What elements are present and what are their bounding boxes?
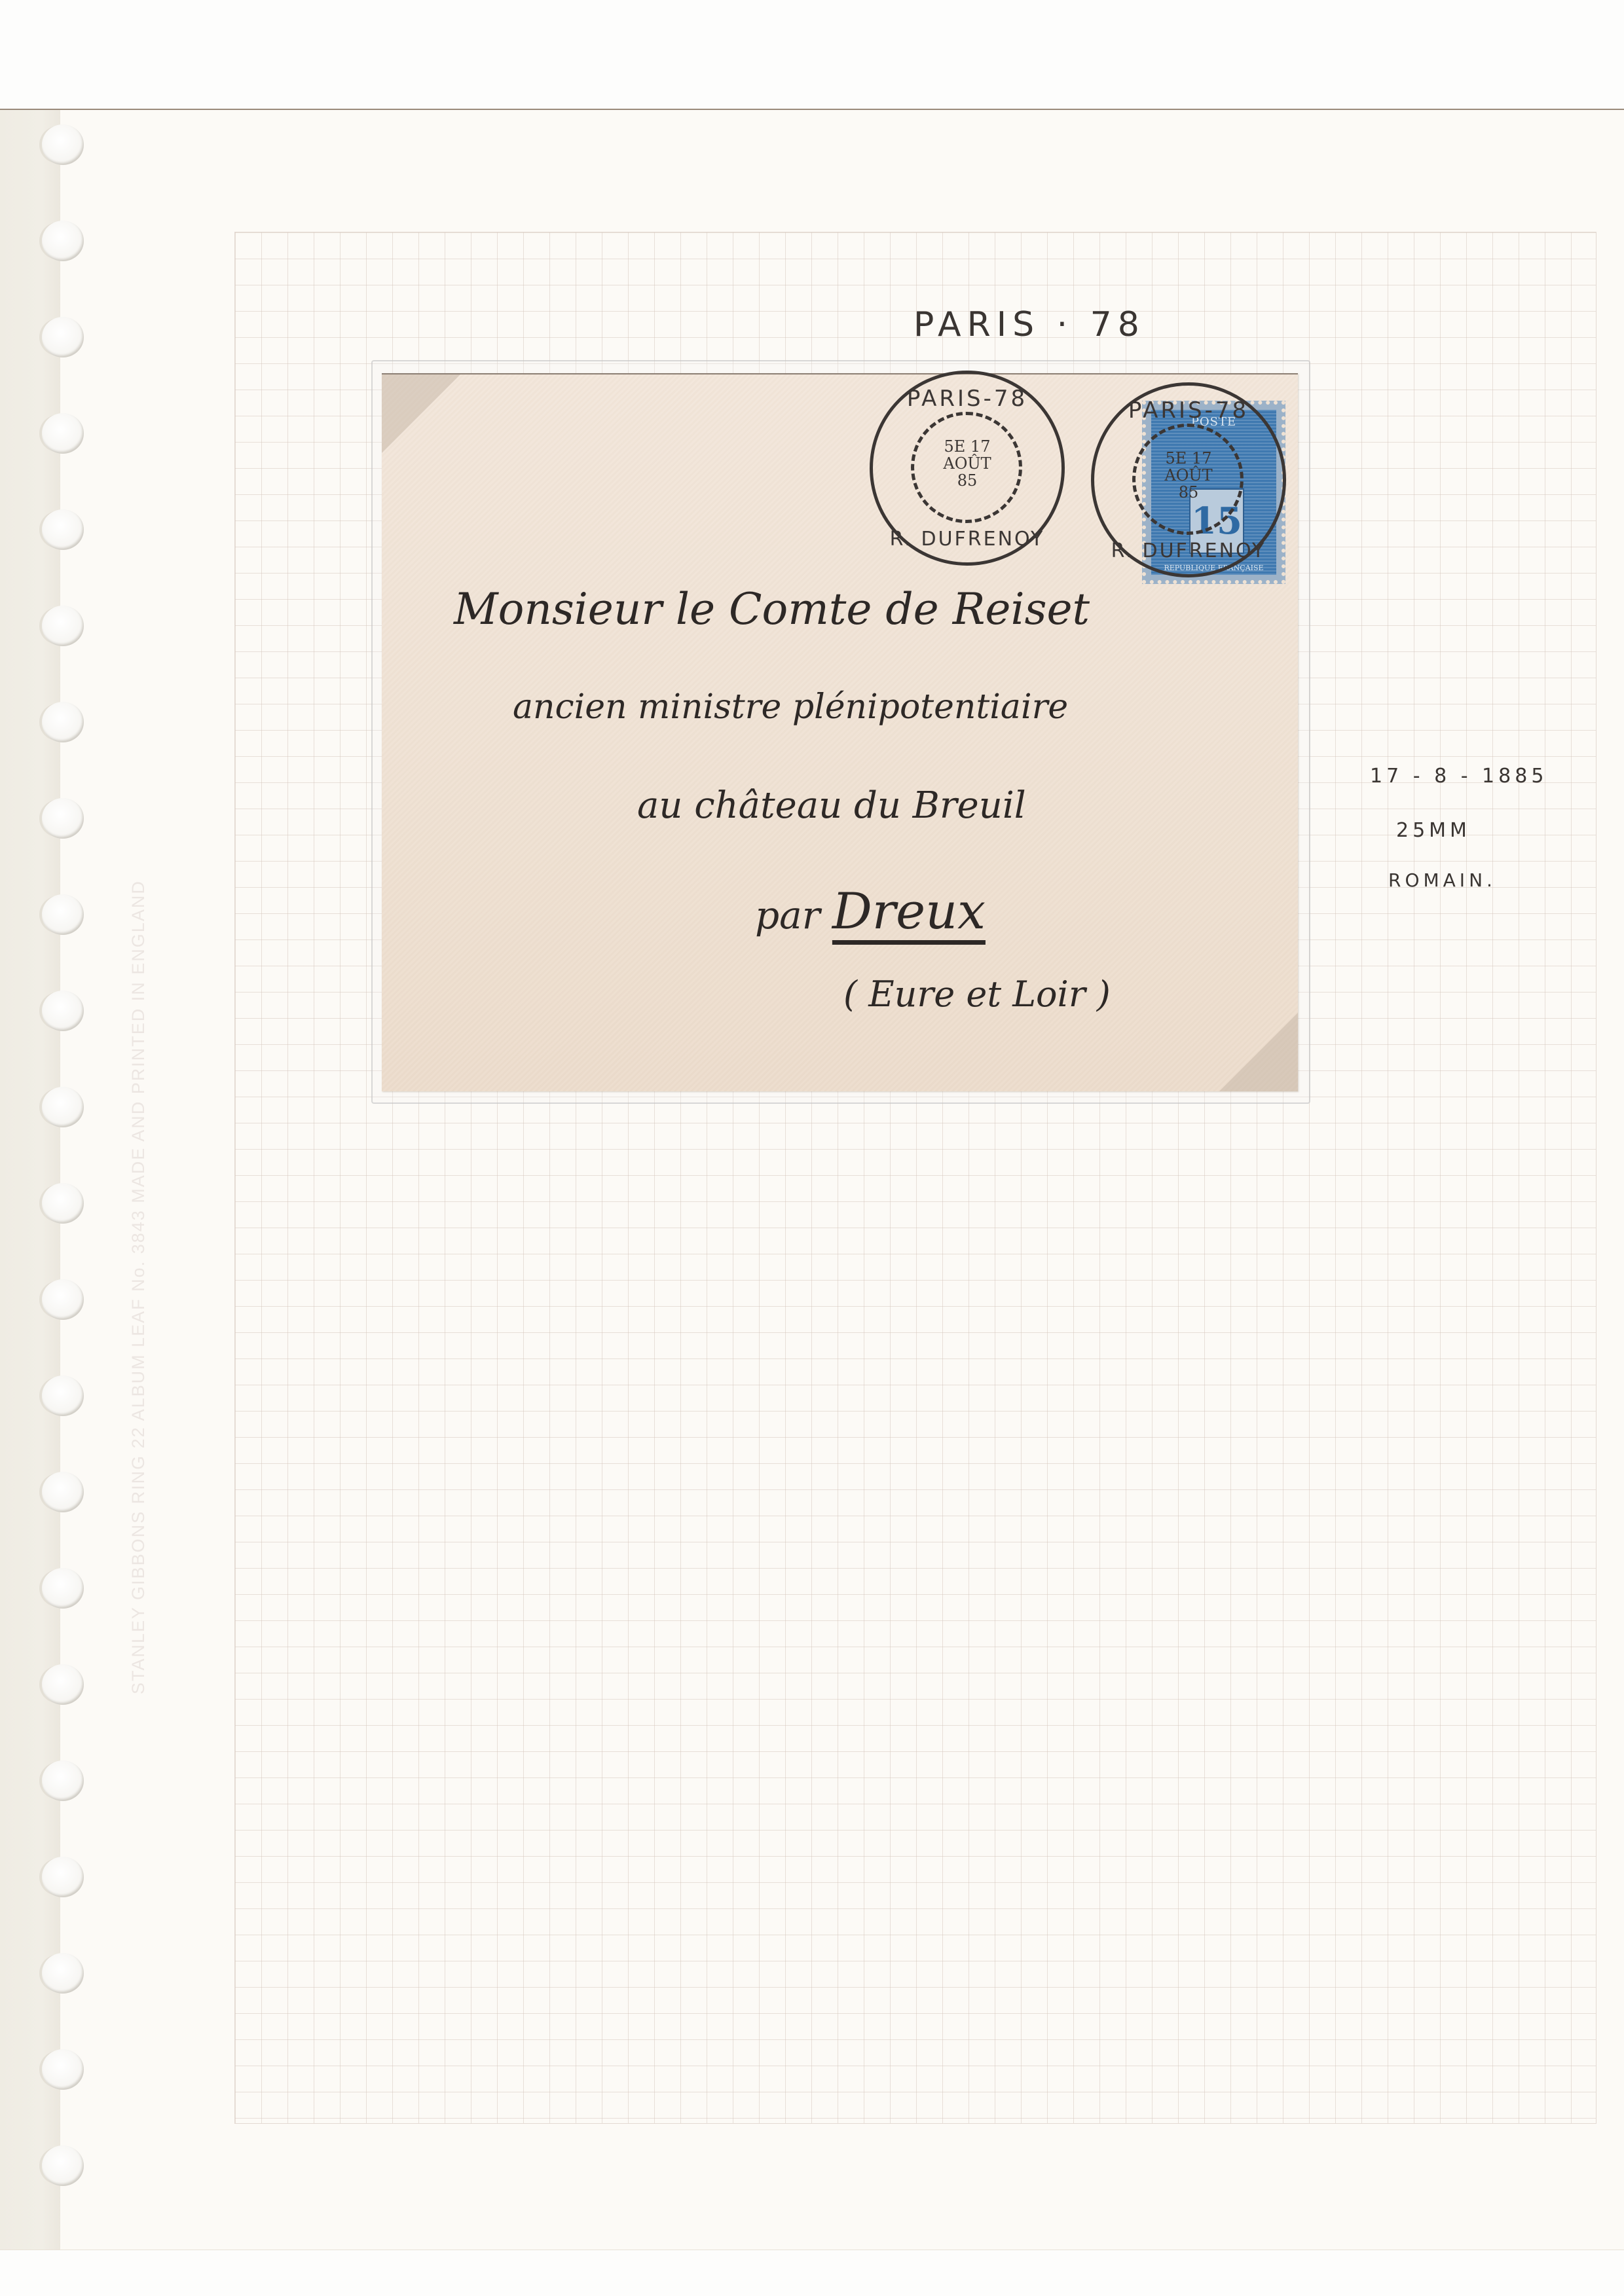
binder-hole — [42, 509, 84, 550]
postmark-date: 5E 17 AOÛT 85 — [873, 438, 1061, 489]
photo-corner — [382, 374, 460, 453]
annotation-size: 25MM — [1396, 819, 1471, 842]
address-via: par — [755, 893, 820, 938]
photo-corner — [1219, 1013, 1298, 1091]
postmark-office: PARIS-78 — [1094, 397, 1283, 424]
postmark-street: R. DUFRENOY — [1094, 539, 1283, 562]
binder-hole — [42, 1857, 84, 1897]
binder-hole — [42, 1472, 84, 1512]
postmark-office: PARIS-78 — [873, 386, 1061, 412]
cover-envelope: PARIS-78 5E 17 AOÛT 85 R. DUFRENOY POSTE… — [382, 373, 1298, 1091]
binder-hole — [42, 798, 84, 839]
annotation-date: 17 - 8 - 1885 — [1370, 765, 1547, 788]
address-line-residence: au château du Breuil — [637, 784, 1026, 827]
annotation-type: ROMAIN. — [1388, 869, 1496, 891]
address-city: Dreux — [832, 882, 986, 940]
postmark-date: 5E 17 AOÛT 85 — [1094, 450, 1283, 501]
binder-hole — [42, 1760, 84, 1801]
binder-hole — [42, 221, 84, 261]
address-line-town: par Dreux — [755, 882, 986, 940]
address-line-department: ( Eure et Loir ) — [843, 974, 1111, 1015]
postmark-street: R. DUFRENOY — [873, 528, 1061, 551]
postmark-cancel: PARIS-78 5E 17 AOÛT 85 R. DUFRENOY — [870, 371, 1065, 566]
binder-hole — [42, 1664, 84, 1705]
binder-hole — [42, 991, 84, 1031]
binder-hole — [42, 124, 84, 165]
binder-hole — [42, 1376, 84, 1416]
binder-hole — [42, 1568, 84, 1609]
binder-hole — [42, 1279, 84, 1320]
binder-hole — [42, 317, 84, 357]
annotation-title: PARIS · 78 — [913, 305, 1145, 344]
binder-hole — [42, 2145, 84, 2186]
album-imprint: STANLEY GIBBONS RING 22 ALBUM LEAF No. 3… — [128, 880, 149, 1694]
binder-hole — [42, 2049, 84, 2090]
binder-hole — [42, 1087, 84, 1127]
binder-hole — [42, 702, 84, 742]
binder-hole — [42, 413, 84, 454]
binder-hole — [42, 1953, 84, 1994]
address-line-title: ancien ministre plénipotentiaire — [513, 687, 1068, 727]
binder-hole — [42, 1183, 84, 1224]
binder-hole — [42, 606, 84, 646]
address-line-addressee: Monsieur le Comte de Reiset — [454, 584, 1090, 634]
postmark-tied-stamp: PARIS-78 5E 17 AOÛT 85 R. DUFRENOY — [1091, 382, 1286, 577]
binder-hole — [42, 894, 84, 935]
